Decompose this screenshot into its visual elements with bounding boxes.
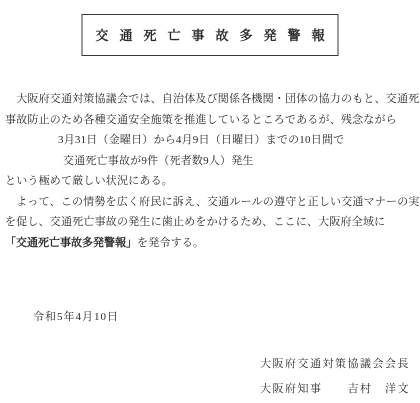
warning-name-bold: 「交通死亡事故多発警報」	[5, 237, 137, 249]
body-line-declaration: 「交通死亡事故多発警報」を発令する。	[5, 233, 415, 254]
body-line-intro-2: 事故防止のため各種交通安全施策を推進しているところであるが、残念ながら	[5, 110, 415, 131]
document-title: 交通死亡事故多発警報	[95, 28, 335, 43]
signature-block: 大阪府交通対策協議会会長 大阪府知事 吉村 洋文	[260, 352, 410, 402]
body-line-intro-1: 大阪府交通対策協議会では、自治体及び関係各機関・団体の協力のもと、交通死亡	[5, 89, 415, 110]
body-text: 大阪府交通対策協議会では、自治体及び関係各機関・団体の協力のもと、交通死亡 事故…	[5, 89, 415, 253]
body-line-severe-situation: という極めて厳しい状況にある。	[5, 171, 415, 192]
body-line-accident-count: 交通死亡事故が9件（死者数9人）発生	[5, 151, 415, 172]
signature-council-chair: 大阪府交通対策協議会会長	[260, 352, 410, 377]
signature-governor-name: 大阪府知事 吉村 洋文	[260, 377, 410, 402]
issue-date: 令和5年4月10日	[33, 310, 119, 325]
body-line-date-range: 3月31日（金曜日）から4月9日（日曜日）までの10日間で	[5, 130, 415, 151]
body-line-appeal-1: よって、この情勢を広く府民に訴え、交通ルールの遵守と正しい交通マナーの実践	[5, 192, 415, 213]
title-box: 交通死亡事故多発警報	[81, 14, 338, 56]
document-page: 交通死亡事故多発警報 大阪府交通対策協議会では、自治体及び関係各機関・団体の協力…	[0, 0, 420, 403]
body-line-appeal-2: を促し、交通死亡事故の発生に歯止めをかけるため、ここに、大阪府全域に	[5, 212, 415, 233]
declaration-rest: を発令する。	[137, 237, 204, 249]
